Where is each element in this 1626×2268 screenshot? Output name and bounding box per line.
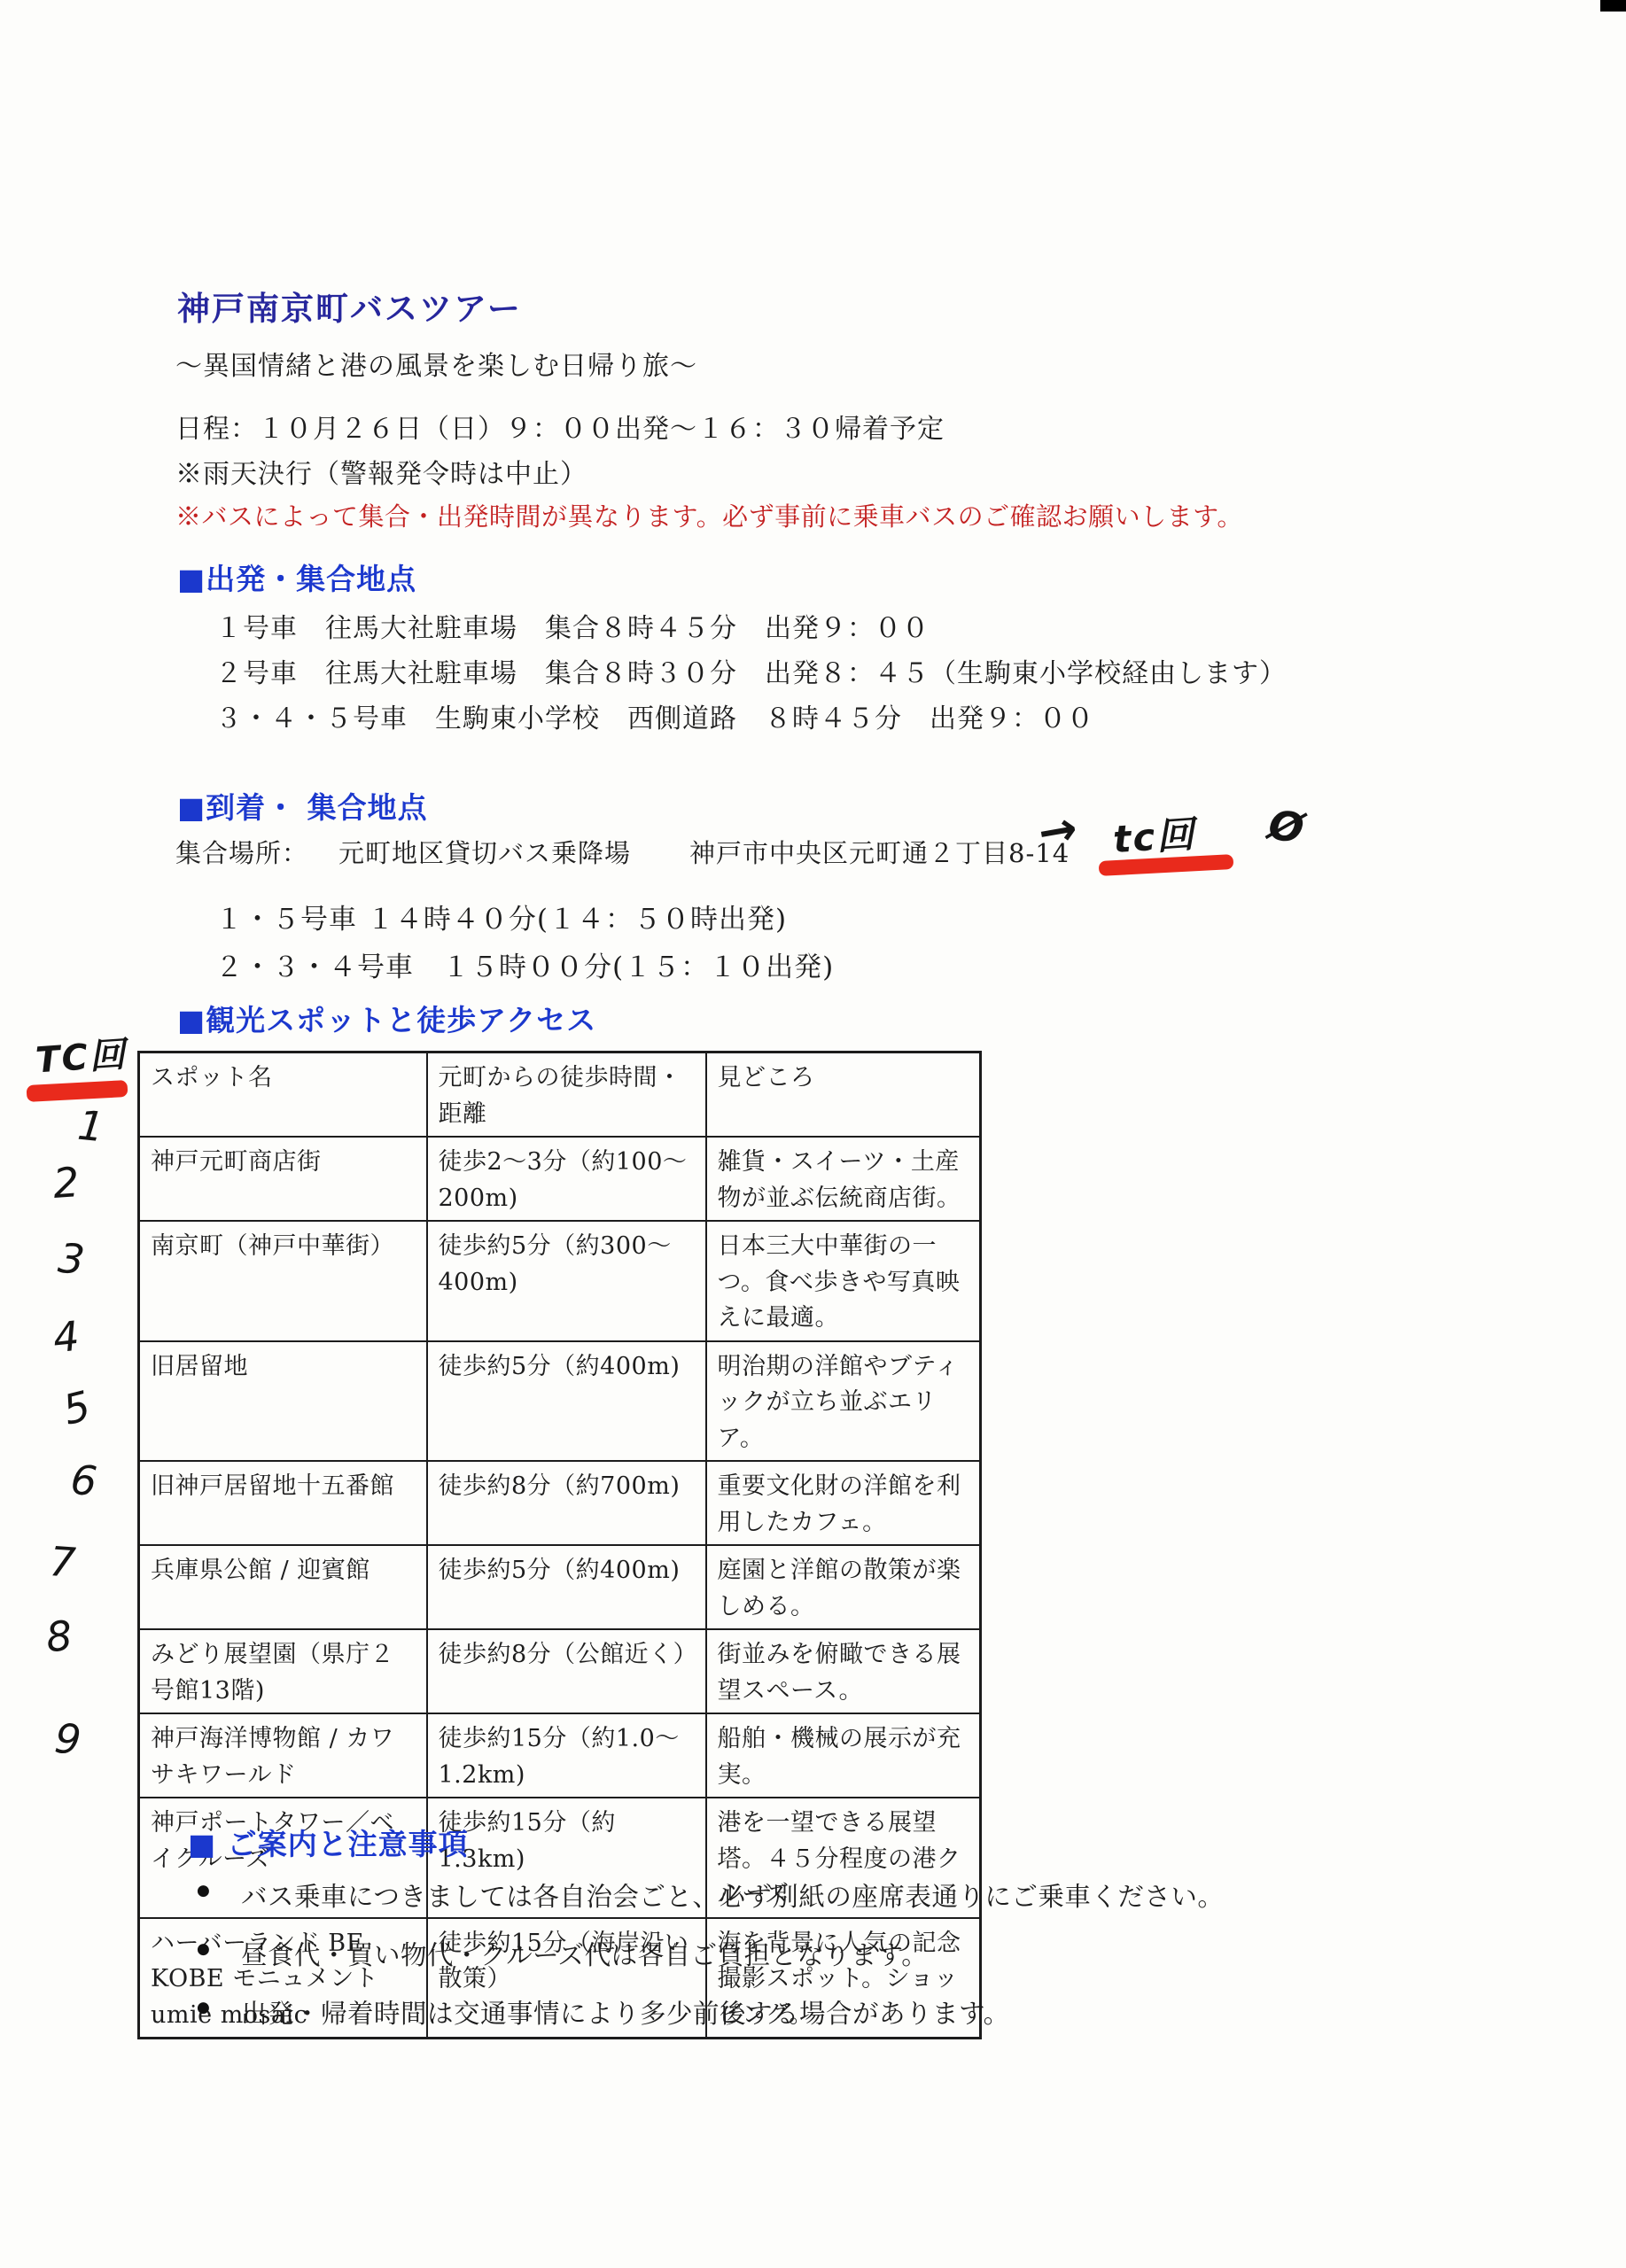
table-row: 旧居留地 徒歩約5分（約400m) 明治期の洋館やブティックが立ち並ぶエリア。 bbox=[139, 1341, 981, 1462]
document-title: 神戸南京町バスツアー bbox=[177, 282, 522, 330]
spot-name: 神戸海洋博物館 / カワサキワールド bbox=[139, 1713, 427, 1798]
spot-name: 南京町（神戸中華街） bbox=[139, 1221, 427, 1341]
notice-item-timing: 出発・帰着時間は交通事情により多少前後する場合があります。 bbox=[197, 1993, 1224, 2031]
table-row: 兵庫県公館 / 迎賓館 徒歩約5分（約400m) 庭園と洋館の散策が楽しめる。 bbox=[139, 1545, 981, 1629]
table-row: 南京町（神戸中華街） 徒歩約5分（約300～400m) 日本三大中華街の一つ。食… bbox=[139, 1221, 981, 1341]
margin-number-5: 5 bbox=[58, 1381, 95, 1433]
spot-name: 兵庫県公館 / 迎賓館 bbox=[139, 1545, 427, 1629]
meeting-place-address: 神戸市中央区元町通２丁目8-14 bbox=[689, 838, 1070, 868]
spot-name: 旧居留地 bbox=[139, 1341, 427, 1462]
document-subtitle: ～異国情緒と港の風景を楽しむ日帰り旅～ bbox=[175, 344, 697, 383]
margin-number-6: 6 bbox=[68, 1456, 99, 1506]
handwritten-phi-mark: Ø bbox=[1265, 800, 1308, 853]
spot-walk: 徒歩約8分（公館近く） bbox=[427, 1629, 706, 1713]
red-marker-underline-margin bbox=[27, 1080, 128, 1102]
spot-name: 旧神戸居留地十五番館 bbox=[139, 1461, 427, 1545]
spot-highlight: 明治期の洋館やブティックが立ち並ぶエリア。 bbox=[706, 1341, 981, 1462]
spot-highlight: 日本三大中華街の一つ。食べ歩きや写真映えに最適。 bbox=[706, 1221, 981, 1341]
return-bus15-line: １・５号車 １４時４０分(１４：５０時出発) bbox=[215, 897, 787, 936]
schedule-line: 日程：１０月２６日（日）９：００出発～１６：３０帰着予定 bbox=[175, 407, 945, 446]
meeting-place-label: 集合場所： bbox=[175, 838, 308, 868]
table-row: 神戸元町商店街 徒歩2～3分（約100～200m) 雑貨・スイーツ・土産物が並ぶ… bbox=[139, 1137, 981, 1221]
spot-walk: 徒歩約5分（約400m) bbox=[427, 1341, 706, 1462]
spots-table-header-row: スポット名 元町からの徒歩時間・距離 見どころ bbox=[139, 1052, 981, 1138]
table-row: 神戸海洋博物館 / カワサキワールド 徒歩約15分（約1.0～1.2km) 船舶… bbox=[139, 1713, 981, 1798]
margin-number-7: 7 bbox=[48, 1537, 77, 1587]
handwritten-inline-note: tc回 bbox=[1111, 805, 1197, 864]
meeting-place-line: 集合場所：元町地区貸切バス乗降場神戸市中央区元町通２丁目8-14 bbox=[175, 834, 1070, 870]
margin-number-8: 8 bbox=[43, 1612, 74, 1662]
col-header-highlight: 見どころ bbox=[706, 1052, 981, 1138]
col-header-spot-name: スポット名 bbox=[139, 1052, 427, 1138]
handwritten-arrow-icon: → bbox=[1034, 802, 1081, 861]
spot-name: 神戸元町商店街 bbox=[139, 1137, 427, 1221]
spot-highlight: 街並みを俯瞰できる展望スペース。 bbox=[706, 1629, 981, 1713]
departure-bus2-line: ２号車 往馬大社駐車場 集合８時３０分 出発８：４５（生駒東小学校経由します） bbox=[215, 651, 1287, 690]
red-warning-line: ※バスによって集合・出発時間が異なります。必ず事前に乗車バスのご確認お願いします… bbox=[175, 497, 1243, 533]
meeting-place-value: 元町地区貸切バス乗降場 bbox=[338, 838, 631, 868]
spot-walk: 徒歩約15分（約1.0～1.2km) bbox=[427, 1713, 706, 1798]
spot-walk: 徒歩約5分（約400m) bbox=[427, 1545, 706, 1629]
return-bus234-line: ２・３・４号車 １５時００分(１５：１０出発) bbox=[215, 944, 834, 984]
notice-item-seating: バス乗車につきましては各自治会ごと、必ず別紙の座席表通りにご乗車ください。 bbox=[197, 1876, 1224, 1914]
margin-number-1: 1 bbox=[75, 1101, 106, 1152]
spot-walk: 徒歩約5分（約300～400m) bbox=[427, 1221, 706, 1341]
arrival-section-heading: ■到着・ 集合地点 bbox=[177, 785, 428, 827]
departure-bus345-line: ３・４・５号車 生駒東小学校 西側道路 ８時４５分 出発９：００ bbox=[215, 696, 1094, 735]
scan-artifact-corner bbox=[1600, 0, 1626, 12]
spot-walk: 徒歩約8分（約700m) bbox=[427, 1461, 706, 1545]
margin-number-3: 3 bbox=[56, 1234, 87, 1285]
handwritten-margin-note: TC回 bbox=[34, 1026, 128, 1083]
col-header-walk-time: 元町からの徒歩時間・距離 bbox=[427, 1052, 706, 1138]
table-row: みどり展望園（県庁２号館13階) 徒歩約8分（公館近く） 街並みを俯瞰できる展望… bbox=[139, 1629, 981, 1713]
table-row: 旧神戸居留地十五番館 徒歩約8分（約700m) 重要文化財の洋館を利用したカフェ… bbox=[139, 1461, 981, 1545]
margin-number-2: 2 bbox=[51, 1158, 81, 1208]
spot-highlight: 庭園と洋館の散策が楽しめる。 bbox=[706, 1545, 981, 1629]
spot-walk: 徒歩2～3分（約100～200m) bbox=[427, 1137, 706, 1221]
notices-list: バス乗車につきましては各自治会ごと、必ず別紙の座席表通りにご乗車ください。 昼食… bbox=[197, 1876, 1224, 2052]
notices-section-heading: ■ ご案内と注意事項 bbox=[188, 1821, 469, 1863]
margin-number-4: 4 bbox=[51, 1312, 82, 1363]
scanned-document-page: 神戸南京町バスツアー ～異国情緒と港の風景を楽しむ日帰り旅～ 日程：１０月２６日… bbox=[0, 0, 1626, 2268]
spot-name: みどり展望園（県庁２号館13階) bbox=[139, 1629, 427, 1713]
spots-section-heading: ■観光スポットと徒歩アクセス bbox=[177, 998, 596, 1039]
margin-number-9: 9 bbox=[52, 1714, 83, 1765]
spot-highlight: 重要文化財の洋館を利用したカフェ。 bbox=[706, 1461, 981, 1545]
notice-item-expenses: 昼食代・買い物代・クルーズ代は各自ご負担となります。 bbox=[197, 1935, 1224, 1972]
spot-highlight: 船舶・機械の展示が充実。 bbox=[706, 1713, 981, 1798]
rain-policy-line: ※雨天決行（警報発令時は中止） bbox=[175, 452, 587, 491]
departure-section-heading: ■出発・集合地点 bbox=[177, 556, 416, 598]
departure-bus1-line: １号車 往馬大社駐車場 集合８時４５分 出発９：００ bbox=[215, 606, 930, 645]
spot-highlight: 雑貨・スイーツ・土産物が並ぶ伝統商店街。 bbox=[706, 1137, 981, 1221]
